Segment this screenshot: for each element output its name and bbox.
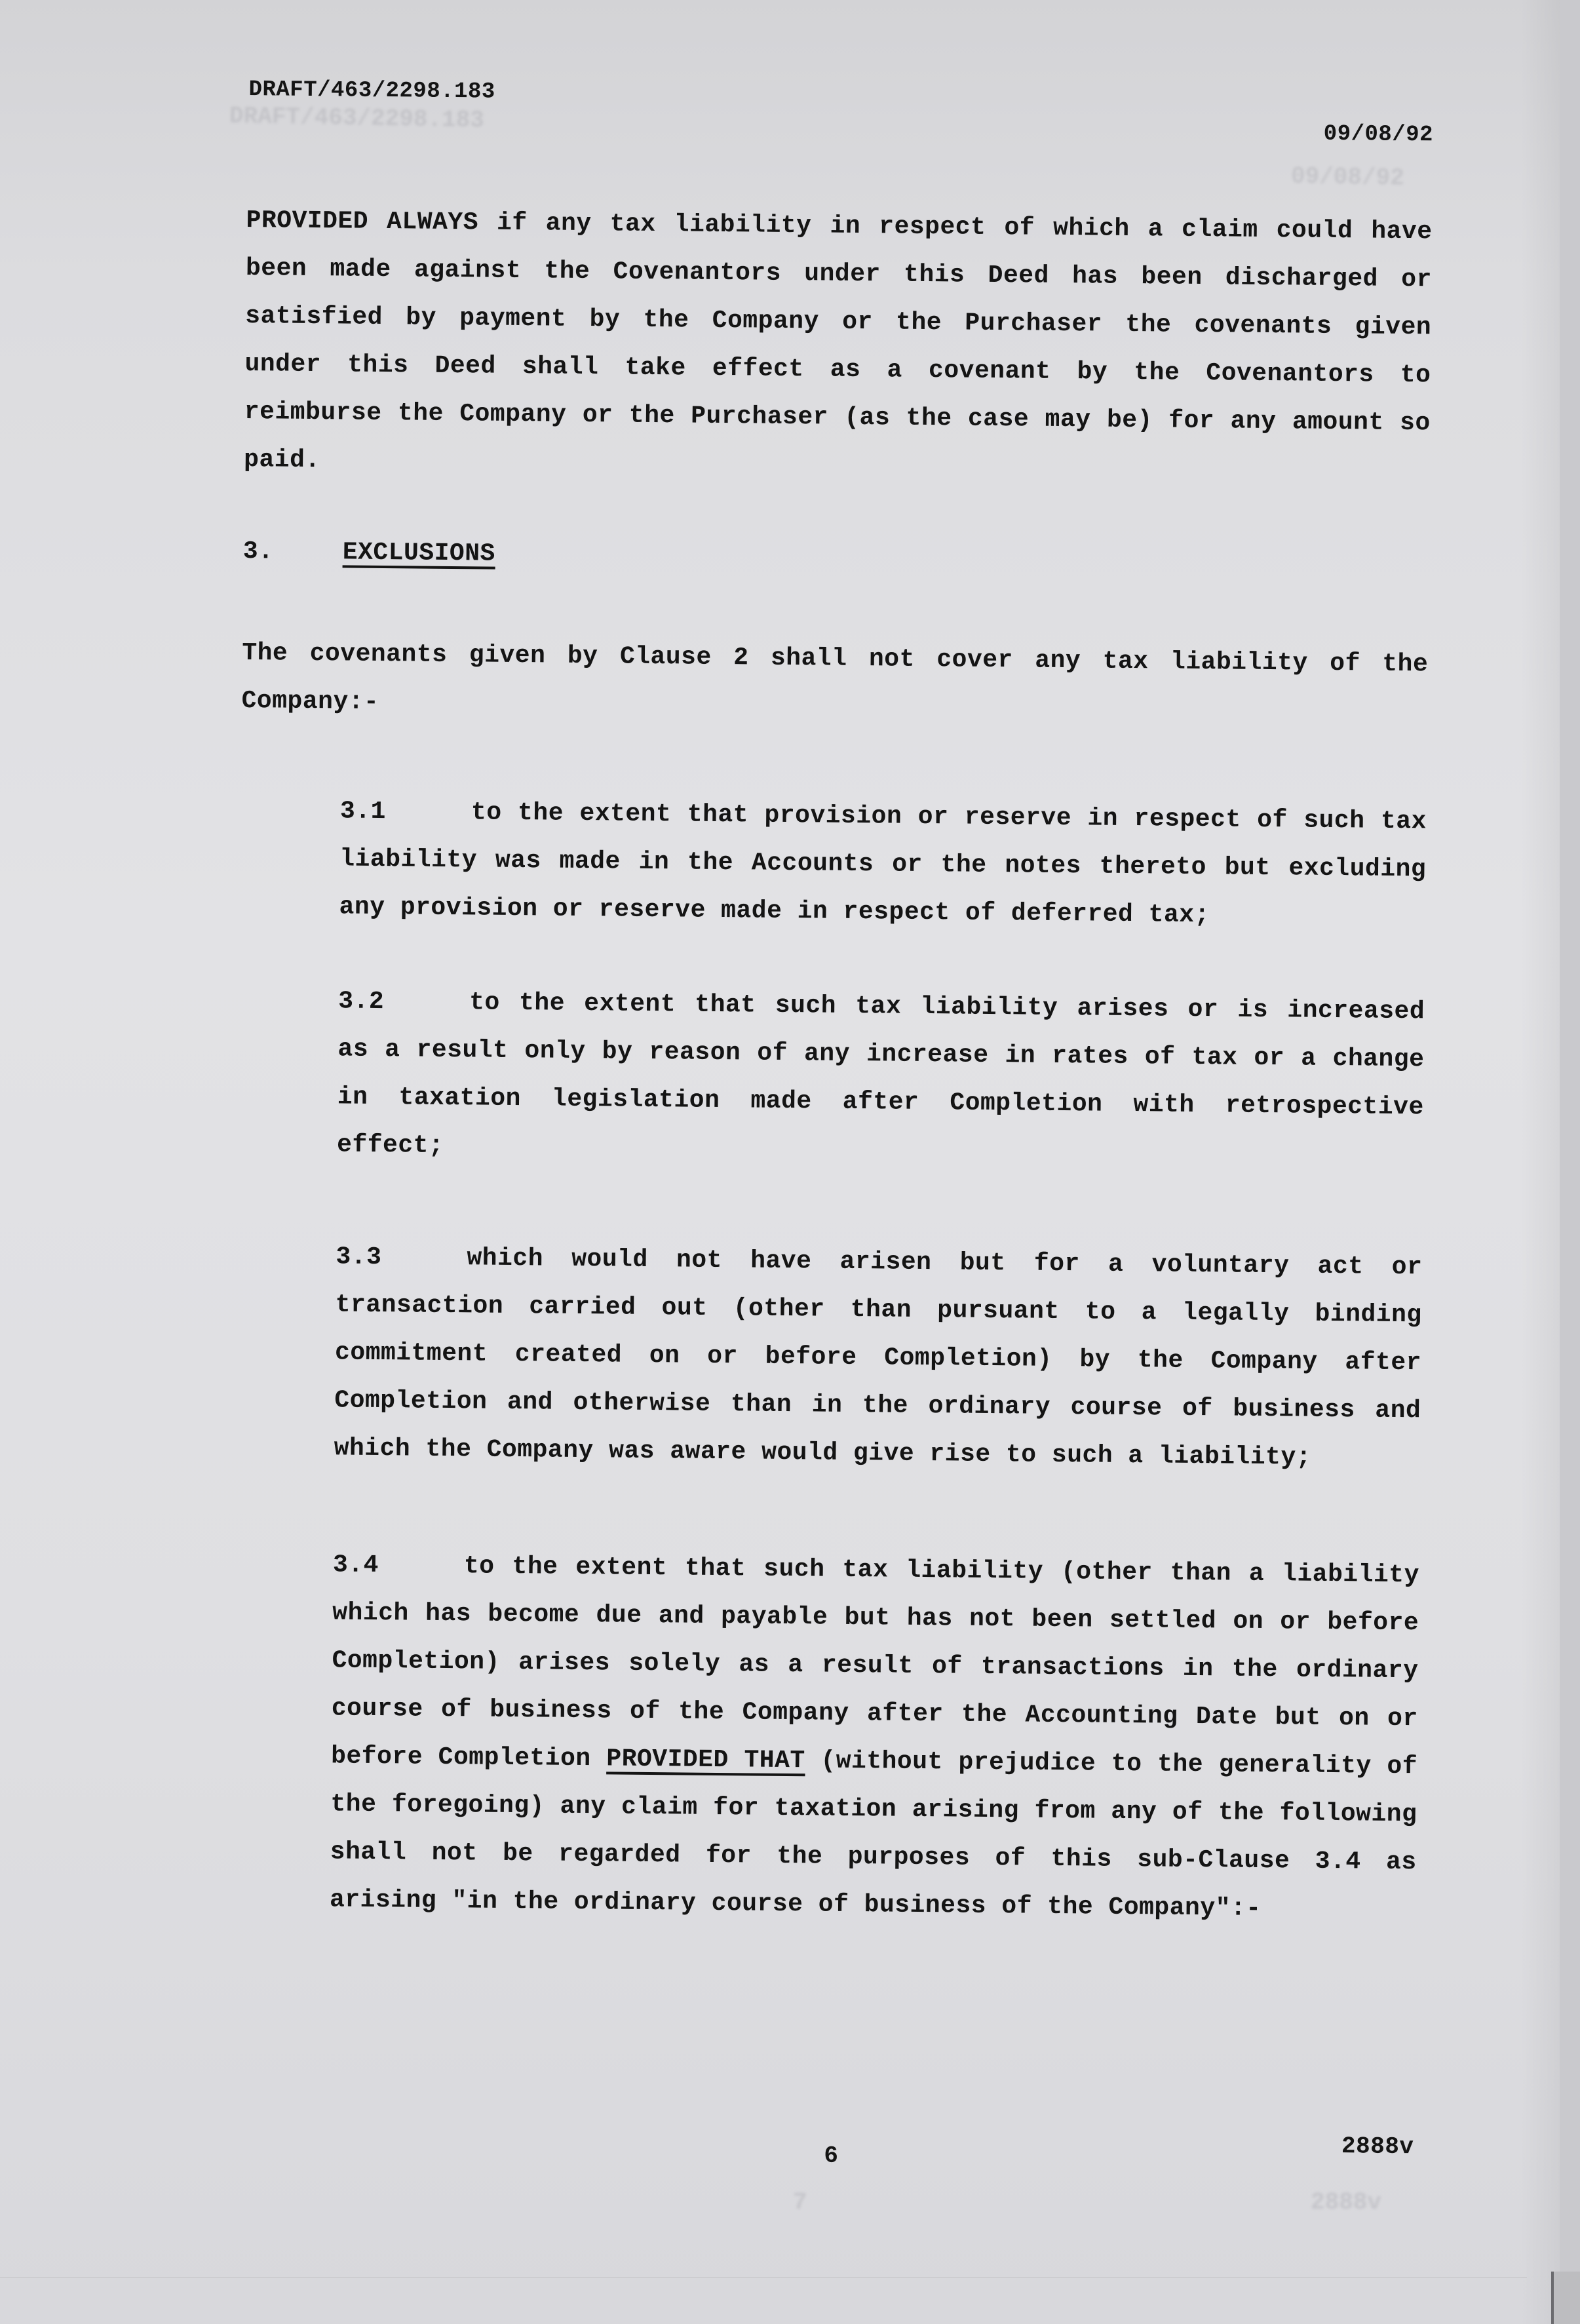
section-number: 3. [243,537,343,566]
bleed-through-text: 09/08/92 [1291,163,1405,191]
section-intro: The covenants given by Clause 2 shall no… [241,629,1428,736]
clause-text: to the extent that such tax liability ar… [337,988,1425,1160]
clause-text-before: to the extent that such tax liability (o… [331,1552,1419,1773]
clause-text: which would not have arisen but for a vo… [334,1244,1422,1471]
clause-number: 3.4 [333,1541,465,1590]
clause-text: to the extent that provision or reserve … [339,798,1427,929]
document-reference: DRAFT/463/2298.183 [248,77,495,105]
bleed-through-text: 2888v [1311,2189,1381,2216]
document-page: DRAFT/463/2298.183 09/08/92 7 2888v DRAF… [0,0,1560,2324]
bleed-through-text: 7 [793,2189,807,2216]
clause-3-3: 3.3which would not have arisen but for a… [334,1233,1422,1482]
clause-text-after: (without prejudice to the generality of … [330,1747,1417,1923]
clause-3-2: 3.2to the extent that such tax liability… [337,977,1425,1179]
clause-number: 3.1 [340,787,472,836]
bleed-through-text: DRAFT/463/2298.183 [229,103,485,134]
clause-number: 3.2 [338,977,470,1026]
document-content: DRAFT/463/2298.183 09/08/92 PROVIDED ALW… [248,59,1434,70]
page-edge [0,2277,1527,2278]
section-title: EXCLUSIONS [343,538,495,568]
document-date: 09/08/92 [1324,122,1434,148]
underlying-sheet-corner [1551,2272,1580,2324]
clause-3-1: 3.1to the extent that provision or reser… [339,787,1427,941]
proviso-lead: PROVIDED ALWAYS [246,206,478,237]
clause-number: 3.3 [336,1233,467,1282]
proviso-text: if any tax liability in respect of which… [244,208,1433,474]
section-heading: 3.EXCLUSIONS [243,537,495,568]
clause-3-4: 3.4to the extent that such tax liability… [330,1541,1420,1934]
document-code: 2888v [1341,2133,1414,2160]
page-number: 6 [824,2142,839,2169]
proviso-paragraph: PROVIDED ALWAYS if any tax liability in … [244,197,1433,495]
clause-emphasis: PROVIDED THAT [606,1745,805,1775]
